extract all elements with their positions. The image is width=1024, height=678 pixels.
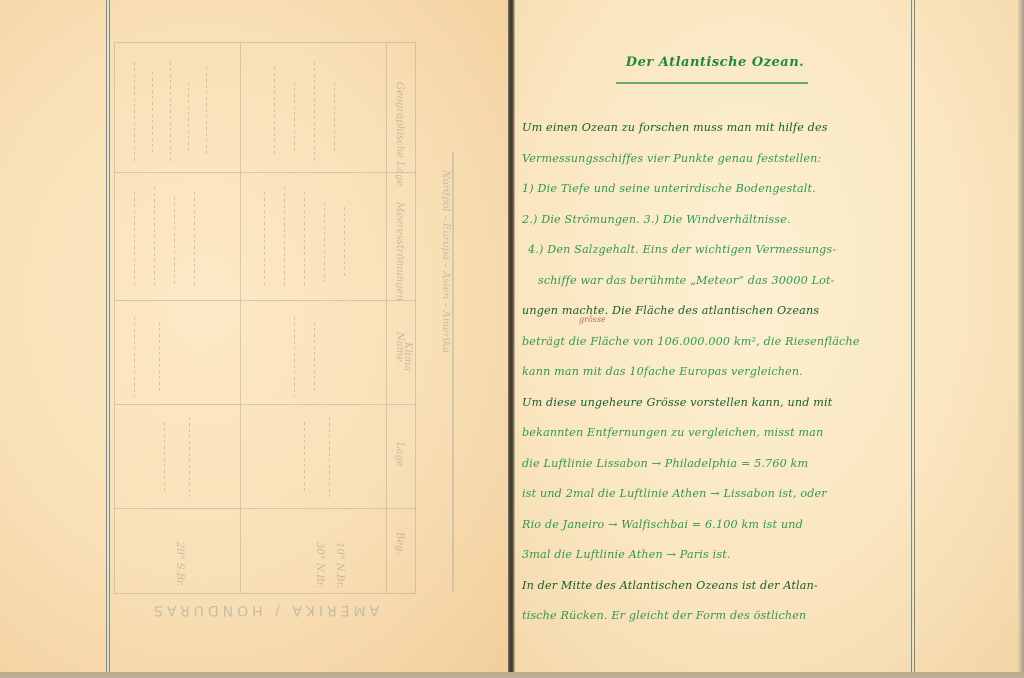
ghost-coord: 10° N.Br. — [334, 542, 345, 588]
page-title: Der Atlantische Ozean. — [620, 55, 810, 70]
show-through-table: Geographische Lage Meeresströmungen Name… — [114, 42, 416, 594]
text-line: ist und 2mal die Luftlinie Athen → Lissa… — [522, 479, 912, 510]
text-line: 1) Die Tiefe und seine unterirdische Bod… — [522, 174, 912, 205]
text-line: tische Rücken. Er gleicht der Form des ö… — [522, 601, 912, 632]
text-line: Um einen Ozean zu forschen muss man mit … — [522, 113, 912, 144]
ghost-row-label: Klima — [402, 342, 413, 371]
show-through-side-rule — [452, 152, 454, 592]
page-bottom-edge — [0, 672, 1024, 678]
text-line: ungen machte. Die Fläche des atlantische… — [522, 296, 912, 327]
ghost-header-1: Geographische Lage — [394, 82, 405, 186]
ghost-row-label: Beg. — [394, 532, 405, 555]
ghost-coord: 20° S.Br. — [174, 542, 185, 587]
text-line: In der Mitte des Atlantischen Ozeans ist… — [522, 571, 912, 602]
book-gutter — [508, 0, 515, 678]
text-line: 3mal die Luftlinie Athen → Paris ist. — [522, 540, 912, 571]
text-line: Um diese ungeheure Grösse vorstellen kan… — [522, 388, 912, 419]
notebook-spread: Geographische Lage Meeresströmungen Name… — [0, 0, 1024, 678]
text-line: bekannten Entfernungen zu vergleichen, m… — [522, 418, 912, 449]
text-line: schiffe war das berühmte „Meteor“ das 30… — [522, 266, 912, 297]
ghost-row-label: Lage — [394, 442, 405, 467]
left-page: Geographische Lage Meeresströmungen Name… — [0, 0, 508, 672]
left-margin-line — [106, 0, 110, 672]
text-line: Vermessungsschiffes vier Punkte genau fe… — [522, 144, 912, 175]
handwritten-text: Um einen Ozean zu forschen muss man mit … — [522, 113, 912, 632]
show-through-side-note: Nordpol – Europa – Asien – Amerika — [440, 170, 451, 353]
text-line: beträgt die Fläche von 106.000.000 km², … — [522, 327, 912, 358]
text-line: kann man mit das 10fache Europas verglei… — [522, 357, 912, 388]
ghost-header-2: Meeresströmungen — [394, 202, 405, 301]
text-line: die Luftlinie Lissabon → Philadelphia = … — [522, 449, 912, 480]
text-line: 2.) Die Strömungen. 3.) Die Windverhältn… — [522, 205, 912, 236]
text-line: 4.) Den Salzgehalt. Eins der wichtigen V… — [522, 235, 912, 266]
show-through-footer: AMERIKA / HONDURAS — [150, 598, 379, 622]
text-line: Rio de Janeiro → Walfischbai = 6.100 km … — [522, 510, 912, 541]
page-edge — [1018, 0, 1024, 678]
ghost-coord: 30° N.Br. — [314, 542, 325, 588]
title-underline — [616, 82, 808, 84]
